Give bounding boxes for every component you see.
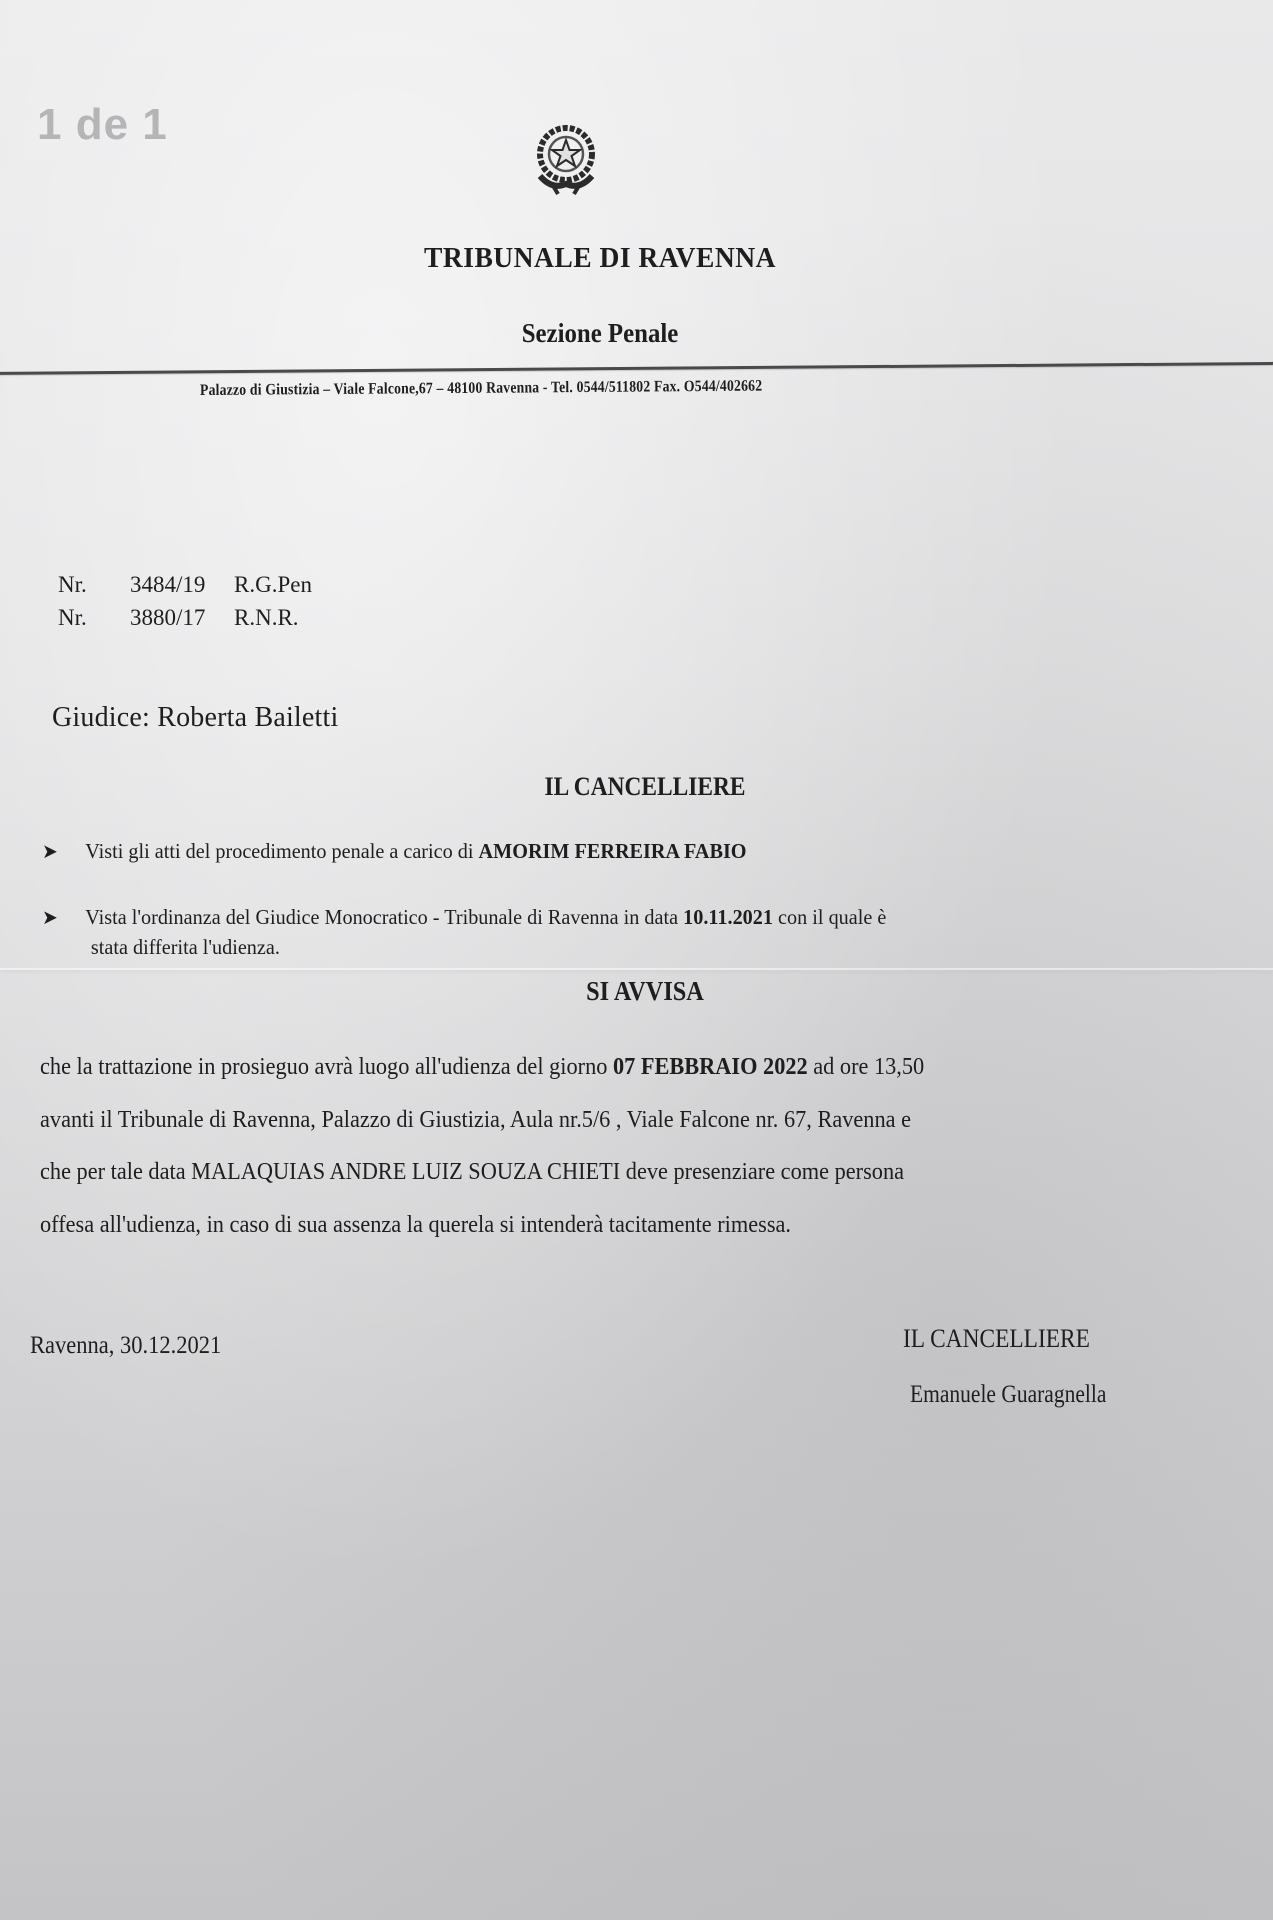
notice-heading: SI AVVISA xyxy=(65,976,1226,1007)
reference-label: Nr. xyxy=(58,568,130,601)
defendant-name: AMORIM FERREIRA FABIO xyxy=(479,839,747,863)
bullet-text: Vista l'ordinanza del Giudice Monocratic… xyxy=(85,905,683,929)
signature-name: Emanuele Guaragnella xyxy=(910,1381,1106,1409)
bullet-order: ➤Vista l'ordinanza del Giudice Monocrati… xyxy=(42,902,1179,962)
body-line: che per tale data MALAQUIAS ANDRE LUIZ S… xyxy=(40,1146,1184,1199)
reference-label: Nr. xyxy=(58,601,130,634)
bullet-text: Visti gli atti del procedimento penale a… xyxy=(85,839,478,863)
court-address: Palazzo di Giustizia – Viale Falcone,67 … xyxy=(200,378,762,400)
page-counter: 1 de 1 xyxy=(37,100,168,150)
reference-registry: R.N.R. xyxy=(234,601,299,634)
case-references: Nr.3484/19R.G.Pen Nr.3880/17R.N.R. xyxy=(58,568,312,634)
bullet-text: con il quale è xyxy=(773,905,886,929)
court-name: TRIBUNALE DI RAVENNA xyxy=(30,242,1170,275)
body-line: che la trattazione in prosieguo avrà luo… xyxy=(40,1041,1184,1094)
body-line: offesa all'udienza, in caso di sua assen… xyxy=(40,1199,1184,1252)
body-text: che la trattazione in prosieguo avrà luo… xyxy=(40,1054,613,1080)
paper-fold xyxy=(0,968,1273,970)
case-reference-row: Nr.3880/17R.N.R. xyxy=(58,601,312,634)
order-date: 10.11.2021 xyxy=(683,905,773,929)
notice-body: che la trattazione in prosieguo avrà luo… xyxy=(40,1041,1184,1251)
hearing-date: 07 FEBBRAIO 2022 xyxy=(613,1054,808,1080)
signature-title: IL CANCELLIERE xyxy=(903,1324,1090,1354)
bullet-continuation: stata differita l'udienza. xyxy=(42,932,1179,962)
body-line: avanti il Tribunale di Ravenna, Palazzo … xyxy=(40,1094,1184,1147)
arrow-bullet-icon: ➤ xyxy=(42,902,85,932)
arrow-bullet-icon: ➤ xyxy=(42,836,85,866)
reference-number: 3880/17 xyxy=(130,601,234,634)
header-divider xyxy=(0,362,1273,375)
reference-registry: R.G.Pen xyxy=(234,568,312,601)
place-and-date: Ravenna, 30.12.2021 xyxy=(30,1332,221,1360)
body-text: ad ore 13,50 xyxy=(808,1054,925,1080)
section-name: Sezione Penale xyxy=(48,318,1152,349)
case-reference-row: Nr.3484/19R.G.Pen xyxy=(58,568,312,601)
italian-republic-emblem-icon xyxy=(528,118,604,198)
clerk-heading: IL CANCELLIERE xyxy=(65,772,1226,802)
reference-number: 3484/19 xyxy=(130,568,234,601)
bullet-proceedings: ➤Visti gli atti del procedimento penale … xyxy=(42,836,1179,866)
judge-name: Giudice: Roberta Bailetti xyxy=(52,702,338,734)
